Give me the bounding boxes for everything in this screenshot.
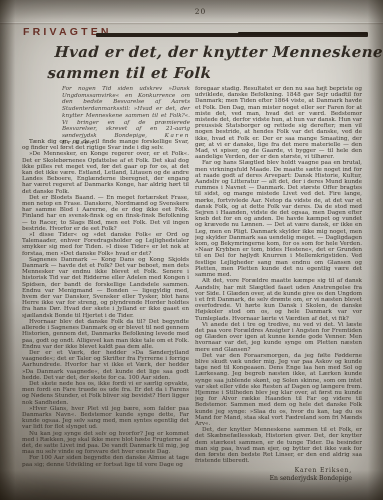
paragraph: Nu kan jeg synge det selv og hvorfor? Je…	[22, 431, 189, 456]
paragraph: Vi anede det i tre og tredive, nu ved vi…	[195, 322, 362, 353]
paragraph: »De Mennesker, en Konge regerer over, er…	[22, 151, 189, 194]
paragraph: Det skete nede hos os, ikke fordi vi er …	[22, 381, 189, 406]
signature-role: En sønderjydsk Bondepige	[195, 475, 352, 483]
article-title: Hvad er det, der knytter Menneskene samm…	[53, 42, 383, 84]
paragraph: Det er Blodets Baand. — En meget fortærs…	[22, 195, 189, 232]
paragraph: For 100 Aar siden begyndte den danske Al…	[22, 455, 189, 467]
right-column: foregaar stadig. Resultatet er den nu sa…	[195, 86, 362, 494]
paragraph: Det var den Foraarsmorgen, da jeg følte …	[195, 353, 362, 427]
article-intro: For nogen Tid siden udskrev »Dansk Ungdo…	[62, 86, 190, 146]
right-column-paragraphs: foregaar stadig. Resultatet er den nu sa…	[195, 86, 362, 464]
signature-name: Karen Eriksen,	[195, 467, 352, 475]
paragraph: Sagnenes Danmark — Kong Dans og Kong Skj…	[22, 257, 189, 319]
paragraph: »Hver Glans, hver Plet vil jeg bære, som…	[22, 406, 189, 431]
article-title-line2: sammen til et Folk	[47, 63, 383, 84]
paragraph: Far og hans Slægtled blev holdt vaagne p…	[195, 160, 362, 278]
paragraph: »I disse Tider« og »det danske Folk« er …	[22, 232, 189, 257]
signature-block: Karen Eriksen, En sønderjydsk Bondepige	[195, 467, 362, 482]
paragraph: Hvornaar blev det danske Folk da til? De…	[22, 319, 189, 350]
page-number: 20	[0, 7, 383, 16]
paragraph: Det, der knytter Menneskene sammen til e…	[195, 427, 362, 464]
paragraph: foregaar stadig. Resultatet er den nu sa…	[195, 86, 362, 160]
paragraph: Alt det, vore Forældre maatte kæmpe sig …	[195, 278, 362, 321]
paragraph: Tænk dig om, og du vil finde mange forsk…	[22, 139, 189, 151]
paragraph: Der er et Værk, der hedder »Da Sønderjyl…	[22, 350, 189, 381]
masthead-rule-overlap	[238, 32, 368, 35]
scanned-page-photo: 20 FRIVAGTEN Hvad er det, der knytter Me…	[0, 0, 383, 500]
intro-text: For nogen Tid siden udskrev »Dansk Ungdo…	[62, 86, 190, 139]
page-top-crease	[0, 22, 383, 23]
article-title-line1: Hvad er det, der knytter Menneskene	[54, 43, 383, 61]
left-column: Tænk dig om, og du vil finde mange forsk…	[22, 139, 189, 495]
